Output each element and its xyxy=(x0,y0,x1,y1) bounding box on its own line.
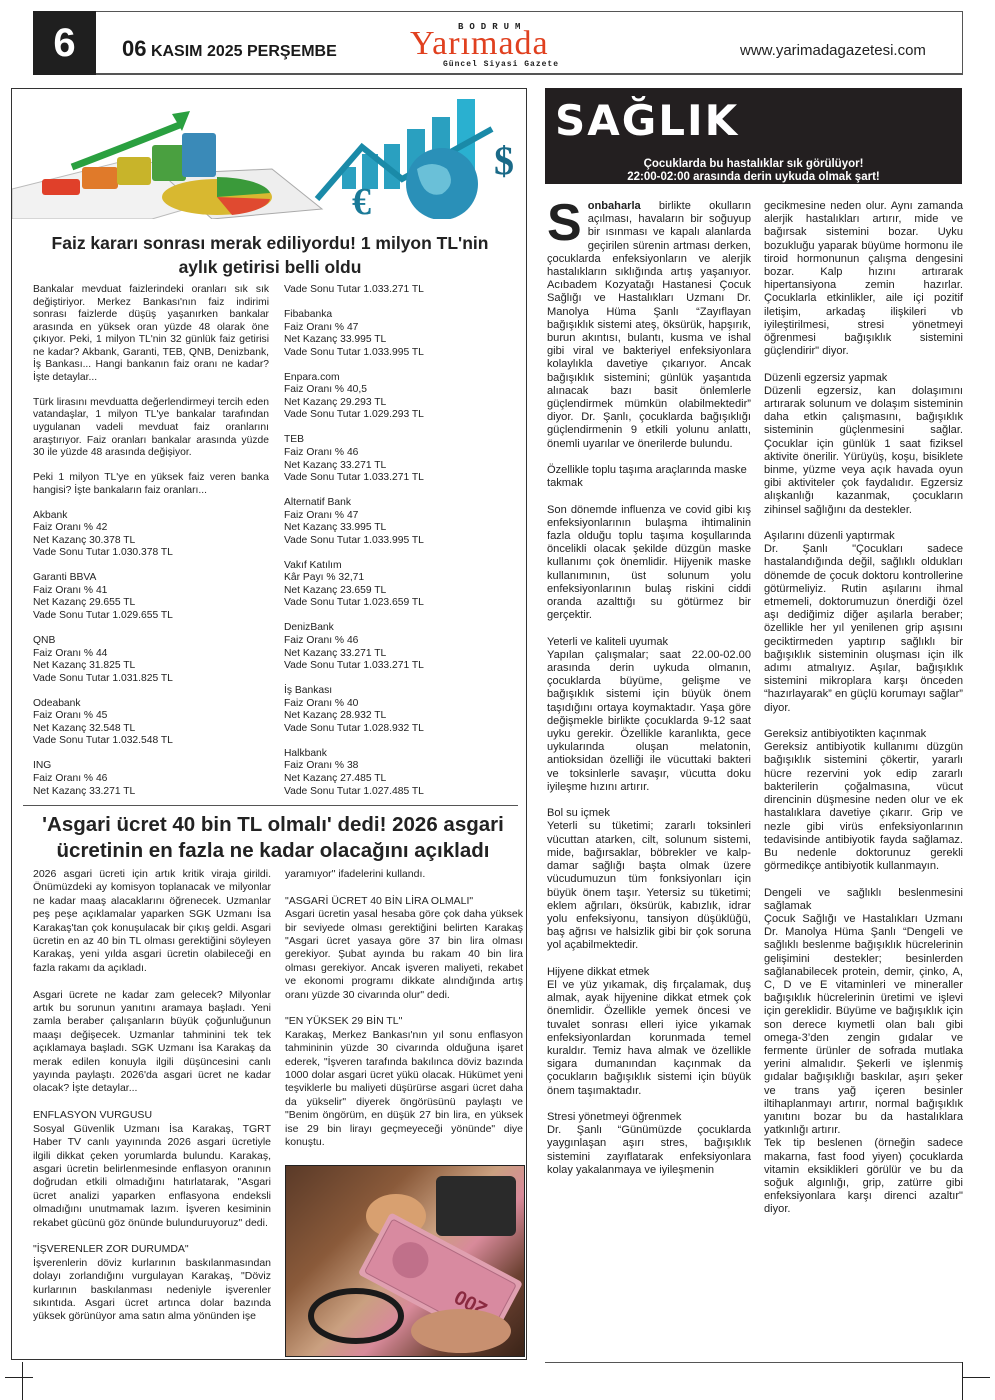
bank-rate: Faiz Oranı % 47 xyxy=(284,510,514,523)
bank-name: Fibabanka xyxy=(284,309,514,322)
subheading: Özellikle toplu taşıma araçlarında maske… xyxy=(547,464,751,490)
paragraph: Sosyal Güvenlik Uzmanı İsa Karakaş, TGRT… xyxy=(33,1123,271,1230)
newspaper-logo[interactable]: BODRUM Yarımada Güncel Siyasi Gazete xyxy=(410,22,585,68)
headline-line-2: 22:00-02:00 arasında derin uykuda olmak … xyxy=(545,171,962,184)
paragraph-text: Son dönemde influenza ve covid gibi kış … xyxy=(547,504,751,622)
date-day: 06 xyxy=(122,36,146,61)
health-headline[interactable]: Çocuklarda bu hastalıklar sık görülüyor!… xyxy=(545,158,962,184)
bank-rate: Faiz Oranı % 46 xyxy=(33,773,269,786)
paragraph-text: gecikmesine neden olur. Aynı zamanda ale… xyxy=(764,200,963,357)
crop-mark xyxy=(5,1377,33,1378)
section-vaccines: Aşılarını düzenli yaptırmakDr. Şanlı "Ço… xyxy=(764,530,963,715)
bottom-rule xyxy=(545,1362,963,1363)
bank-rate: Faiz Oranı % 45 xyxy=(33,710,269,723)
subheading-text: Özellikle toplu taşıma araçlarında maske… xyxy=(547,464,747,489)
paragraph: Karakaş, Merkez Bankası'nın yıl sonu enf… xyxy=(285,1029,523,1150)
bank-rate: Faiz Oranı % 42 xyxy=(33,522,269,535)
bank-rate: Kâr Payı % 32,71 xyxy=(284,572,514,585)
bank-total: Vade Sonu Tutar 1.023.659 TL xyxy=(284,597,514,610)
health-section-banner: SAĞLIK Çocuklarda bu hastalıklar sık gör… xyxy=(545,88,962,184)
website-link[interactable]: www.yarimadagazetesi.com xyxy=(740,42,926,59)
issue-date: 06 KASIM 2025 PERŞEMBE xyxy=(122,36,337,62)
bank-net: Net Kazanç 27.485 TL xyxy=(284,773,514,786)
article1-col-2: Vade Sonu Tutar 1.033.271 TL Fibabanka F… xyxy=(284,284,514,811)
bank-rate: Faiz Oranı % 44 xyxy=(33,648,269,661)
bank-entry-vakif-katilim: Vakıf Katılım Kâr Payı % 32,71 Net Kazan… xyxy=(284,560,514,610)
article1-headline[interactable]: Faiz kararı sonrası merak ediliyordu! 1 … xyxy=(20,231,520,279)
svg-text:€: € xyxy=(352,181,371,219)
bank-name: Alternatif Bank xyxy=(284,497,514,510)
bank-name: Halkbank xyxy=(284,748,514,761)
bank-total: Vade Sonu Tutar 1.033.271 TL xyxy=(284,472,514,485)
subheading: "İŞVERENLER ZOR DURUMDA" xyxy=(33,1243,271,1256)
bank-total: Vade Sonu Tutar 1.029.655 TL xyxy=(33,610,269,623)
bank-entry-enpara: Enpara.com Faiz Oranı % 40,5 Net Kazanç … xyxy=(284,372,514,422)
bank-net: Net Kazanç 28.932 TL xyxy=(284,710,514,723)
bank-name: Akbank xyxy=(33,510,269,523)
subheading-text: Hijyene dikkat etmek xyxy=(547,966,751,979)
bank-total: Vade Sonu Tutar 1.027.485 TL xyxy=(284,786,514,799)
article-divider xyxy=(23,805,518,806)
money-hand-icon: 200 xyxy=(286,1166,524,1356)
lead-paragraph: Sonbaharla birlikte okulların açılması, … xyxy=(547,200,751,451)
section-water: Bol su içmek Yeterli su tüketimi; zararl… xyxy=(547,807,751,952)
bank-name: QNB xyxy=(33,635,269,648)
bank-name: İş Bankası xyxy=(284,685,514,698)
finance-banner-image: € $ xyxy=(12,89,526,219)
crop-mark xyxy=(22,1362,23,1400)
subheading: "ASGARİ ÜCRET 40 BİN LİRA OLMALI" xyxy=(285,895,523,908)
paragraph-text: Dr. Şanlı "Çocukları sadece hastalandığı… xyxy=(764,543,963,713)
paragraph-text: Yapılan çalışmalar; saat 22.00-02.00 ara… xyxy=(547,649,751,793)
subheading: ENFLASYON VURGUSU xyxy=(33,1109,271,1122)
svg-text:$: $ xyxy=(494,138,514,183)
bank-rate: Faiz Oranı % 47 xyxy=(284,322,514,335)
bank-net: Net Kazanç 33.995 TL xyxy=(284,522,514,535)
section-antibiotics: Gereksiz antibiyotikten kaçınmakGereksiz… xyxy=(764,728,963,873)
article2-col-1: 2026 asgari ücreti için artık kritik vir… xyxy=(33,868,271,1324)
health-col-1: Sonbaharla birlikte okulların açılması, … xyxy=(547,200,751,1190)
paragraph-text: El ve yüz yıkamak, diş fırçalamak, duş a… xyxy=(547,979,751,1097)
article2-headline[interactable]: 'Asgari ücret 40 bin TL olmalı' dedi! 20… xyxy=(22,812,524,864)
bank-entry-halkbank: Halkbank Faiz Oranı % 38 Net Kazanç 27.4… xyxy=(284,748,514,798)
paragraph: İşverenlerin döviz kurlarının baskılanma… xyxy=(33,1257,271,1324)
headline-line-1: Faiz kararı sonrası merak ediliyordu! 1 … xyxy=(20,231,520,255)
paragraph: Asgari ücrete ne kadar zam gelecek? Mily… xyxy=(33,989,271,1096)
paragraph: 2026 asgari ücreti için artık kritik vir… xyxy=(33,868,271,975)
bank-entry-akbank: Akbank Faiz Oranı % 42 Net Kazanç 30.378… xyxy=(33,510,269,560)
bank-entry-qnb: QNB Faiz Oranı % 44 Net Kazanç 31.825 TL… xyxy=(33,635,269,685)
bank-name: TEB xyxy=(284,434,514,447)
section-nutrition: Dengeli ve sağlıklı beslenmesini sağlama… xyxy=(764,887,963,1217)
bank-rate: Faiz Oranı % 38 xyxy=(284,760,514,773)
bank-name: Enpara.com xyxy=(284,372,514,385)
bank-rate: Faiz Oranı % 40 xyxy=(284,698,514,711)
bank-entry-isbankasi: İş Bankası Faiz Oranı % 40 Net Kazanç 28… xyxy=(284,685,514,735)
bank-entry-garanti: Garanti BBVA Faiz Oranı % 41 Net Kazanç … xyxy=(33,572,269,622)
section-stress: Stresi yönetmeyi öğrenmekDr. Şanlı “Günü… xyxy=(547,1111,751,1177)
bank-net: Net Kazanç 33.271 TL xyxy=(284,460,514,473)
finance-charts-icon: € $ xyxy=(12,89,526,219)
bank-entry-teb: TEB Faiz Oranı % 46 Net Kazanç 33.271 TL… xyxy=(284,434,514,484)
bank-name: Vakıf Katılım xyxy=(284,560,514,573)
subheading-text: Aşılarını düzenli yaptırmak xyxy=(764,530,963,543)
subheading-text: Stresi yönetmeyi öğrenmek xyxy=(547,1111,751,1124)
page-number: 6 xyxy=(33,11,96,75)
paragraph-text: Yeterli su tüketimi; zararlı toksinleri … xyxy=(547,820,751,951)
bank-entry-alternatif: Alternatif Bank Faiz Oranı % 47 Net Kaza… xyxy=(284,497,514,547)
paragraph-text: Düzenli egzersiz, kan dolaşımını artırar… xyxy=(764,385,963,516)
bank-net: Net Kazanç 30.378 TL xyxy=(33,535,269,548)
paragraph: Asgari ücretin yasal hesaba göre çok dah… xyxy=(285,908,523,1002)
health-col-2: gecikmesine neden olur. Aynı zamanda ale… xyxy=(764,200,963,1230)
paragraph: yaramıyor" ifadelerini kullandı. xyxy=(285,868,523,881)
bank-entry-denizbank: DenizBank Faiz Oranı % 46 Net Kazanç 33.… xyxy=(284,622,514,672)
bank-total: Vade Sonu Tutar 1.033.995 TL xyxy=(284,535,514,548)
bank-net: Net Kazanç 33.995 TL xyxy=(284,334,514,347)
date-rest: KASIM 2025 PERŞEMBE xyxy=(151,43,337,60)
bank-total: Vade Sonu Tutar 1.033.271 TL xyxy=(284,660,514,673)
bank-total: Vade Sonu Tutar 1.033.271 TL xyxy=(284,284,514,297)
bank-entry-fibabanka: Fibabanka Faiz Oranı % 47 Net Kazanç 33.… xyxy=(284,309,514,359)
logo-sub-text: Güncel Siyasi Gazete xyxy=(443,60,559,69)
section-hygiene: Hijyene dikkat etmekEl ve yüz yıkamak, d… xyxy=(547,966,751,1098)
drop-cap: S xyxy=(547,202,582,244)
subheading-text: Dengeli ve sağlıklı beslenmesini sağlama… xyxy=(764,887,963,913)
subheading: "EN YÜKSEK 29 BİN TL" xyxy=(285,1015,523,1028)
headline-line-1: Çocuklarda bu hastalıklar sık görülüyor! xyxy=(545,158,962,171)
bank-net: Net Kazanç 33.271 TL xyxy=(284,648,514,661)
bank-rate: Faiz Oranı % 40,5 xyxy=(284,384,514,397)
bank-rate: Faiz Oranı % 46 xyxy=(284,635,514,648)
bank-net: Net Kazanç 31.825 TL xyxy=(33,660,269,673)
bank-rate: Faiz Oranı % 41 xyxy=(33,585,269,598)
article1-col-1: Bankalar mevduat faizlerindeki oranları … xyxy=(33,284,269,811)
subheading-text: Gereksiz antibiyotikten kaçınmak xyxy=(764,728,963,741)
bank-entry-ing-cont: Vade Sonu Tutar 1.033.271 TL xyxy=(284,284,514,297)
bank-total: Vade Sonu Tutar 1.032.548 TL xyxy=(33,735,269,748)
section-title: SAĞLIK xyxy=(555,96,739,145)
bank-net: Net Kazanç 23.659 TL xyxy=(284,585,514,598)
intro-paragraph: Türk lirasını mevduatta değerlendirmeyi … xyxy=(33,397,269,460)
paragraph-text: Dr. Şanlı “Günümüzde çocuklarda yaygınla… xyxy=(547,1124,751,1176)
bank-total: Vade Sonu Tutar 1.033.995 TL xyxy=(284,347,514,360)
crop-mark xyxy=(962,1377,990,1378)
headline-line-2: ücretinin en fazla ne kadar olacağını aç… xyxy=(22,838,524,864)
paragraph-text: Çocuk Sağlığı ve Hastalıkları Uzmanı Dr.… xyxy=(764,913,963,1215)
bank-name: DenizBank xyxy=(284,622,514,635)
subheading-text: Bol su içmek xyxy=(547,807,751,820)
bank-rate: Faiz Oranı % 46 xyxy=(284,447,514,460)
bank-name: Garanti BBVA xyxy=(33,572,269,585)
article2-col-2: yaramıyor" ifadelerini kullandı. "ASGARİ… xyxy=(285,868,523,1150)
paragraph: Son dönemde influenza ve covid gibi kış … xyxy=(547,504,751,623)
subheading-text: Düzenli egzersiz yapmak xyxy=(764,372,963,385)
paragraph: gecikmesine neden olur. Aynı zamanda ale… xyxy=(764,200,963,358)
bank-net: Net Kazanç 29.655 TL xyxy=(33,597,269,610)
section-sleep: Yeterli ve kaliteli uyumak Yapılan çalış… xyxy=(547,636,751,794)
headline-line-1: 'Asgari ücret 40 bin TL olmalı' dedi! 20… xyxy=(22,812,524,838)
bank-net: Net Kazanç 32.548 TL xyxy=(33,723,269,736)
bank-net: Net Kazanç 29.293 TL xyxy=(284,397,514,410)
bank-total: Vade Sonu Tutar 1.030.378 TL xyxy=(33,547,269,560)
bank-entry-odeabank: Odeabank Faiz Oranı % 45 Net Kazanç 32.5… xyxy=(33,698,269,748)
paragraph-text: Gereksiz antibiyotik kullanımı düzgün ba… xyxy=(764,741,963,872)
intro-paragraph: Bankalar mevduat faizlerindeki oranları … xyxy=(33,284,269,384)
bank-entry-ing: ING Faiz Oranı % 46 Net Kazanç 33.271 TL xyxy=(33,760,269,798)
subheading-text: Yeterli ve kaliteli uyumak xyxy=(547,636,751,649)
logo-main-text: Yarımada xyxy=(410,27,549,61)
bank-total: Vade Sonu Tutar 1.028.932 TL xyxy=(284,723,514,736)
headline-line-2: aylık getirisi belli oldu xyxy=(20,255,520,279)
bank-name: ING xyxy=(33,760,269,773)
bank-total: Vade Sonu Tutar 1.031.825 TL xyxy=(33,673,269,686)
crop-mark xyxy=(962,1362,963,1400)
bank-net: Net Kazanç 33.271 TL xyxy=(33,786,269,799)
banknotes-photo: 200 xyxy=(285,1165,525,1357)
bank-total: Vade Sonu Tutar 1.029.293 TL xyxy=(284,409,514,422)
lead-bold: onbaharla xyxy=(588,200,641,212)
bank-name: Odeabank xyxy=(33,698,269,711)
intro-paragraph: Peki 1 milyon TL'ye en yüksek faiz veren… xyxy=(33,472,269,497)
section-exercise: Düzenli egzersiz yapmakDüzenli egzersiz,… xyxy=(764,372,963,517)
